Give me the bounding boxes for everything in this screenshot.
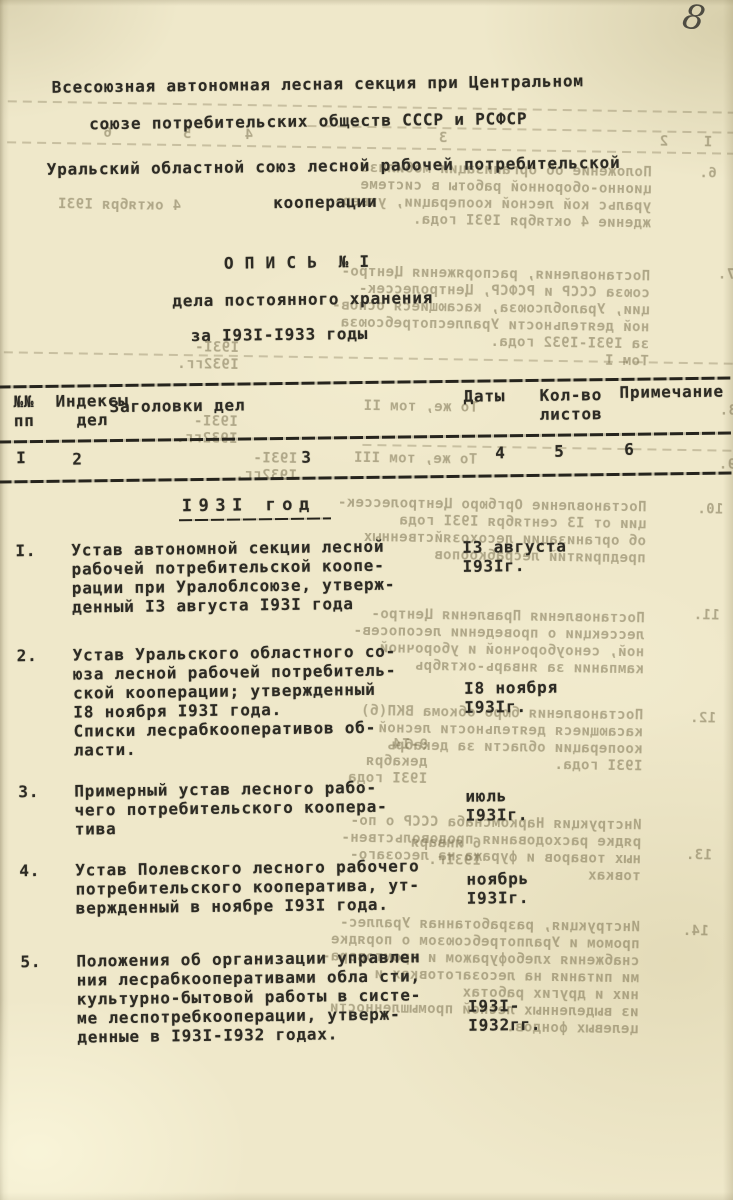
column-number-3: 3 — [301, 448, 312, 467]
table-rule-middle — [0, 432, 731, 444]
section-heading-underline — [179, 517, 331, 521]
letterhead-line-2: союзе потребительских обществ СССР и РСФ… — [89, 109, 527, 133]
row-2-number: 2. — [17, 646, 38, 665]
row-1-number: I. — [15, 541, 36, 560]
typed-content: 8 Всесоюзная автономная лесная секция пр… — [0, 0, 733, 1200]
column-header-number: №№ пп — [13, 392, 34, 430]
row-3-date: июль I93Iг. — [465, 786, 528, 825]
table-rule-bottom — [0, 472, 731, 484]
column-number-6: 6 — [624, 440, 635, 459]
column-number-5: 5 — [554, 442, 565, 461]
letterhead-line-3: Уральский областной союз лесной рабочей … — [47, 153, 621, 179]
row-4-number: 4. — [19, 861, 40, 880]
document-page: I 2 3 4 5 6 Положение об организации моб… — [0, 0, 733, 1200]
row-4-date: ноябрь I93Iг. — [466, 869, 529, 908]
row-3-heading: Примерный устав лесного рабо- чего потре… — [74, 778, 388, 839]
column-header-dates: Даты — [463, 386, 505, 406]
row-5-heading: Положения об организации управлен ния ле… — [76, 947, 421, 1046]
letterhead-line-1: Всесоюзная автономная лесная секция при … — [52, 71, 584, 96]
opis-years: за I93I-I933 годы — [191, 324, 369, 345]
row-1-heading: Устав автономной секции лесной рабочей п… — [71, 537, 395, 617]
row-1-date: I3 августа I93Iг. — [462, 537, 567, 576]
column-number-2: 2 — [72, 449, 83, 468]
letterhead-line-4: кооперации — [273, 192, 378, 212]
column-number-4: 4 — [495, 443, 506, 462]
row-5-number: 5. — [20, 952, 41, 971]
row-2-heading: Устав Уральского областного со- юза лесн… — [73, 642, 398, 760]
column-header-headings: Заголовки дел — [110, 395, 246, 416]
column-header-sheets: Кол-во листов — [539, 385, 602, 424]
column-number-1: I — [16, 448, 27, 467]
row-4-heading: Устав Полевского лесного рабочего потреб… — [75, 856, 420, 917]
handwritten-page-number: 8 — [679, 0, 708, 40]
row-5-date: I93I- I932гг. — [468, 996, 541, 1035]
column-header-note: Примечание — [619, 382, 724, 402]
row-3-number: 3. — [18, 782, 39, 801]
section-heading-1931: I93I год — [182, 496, 316, 517]
opis-title: О П И С Ь № I — [224, 252, 370, 273]
opis-subtitle: дела постоянного хранения — [172, 288, 433, 310]
row-2-date: I8 ноября I93Iг. — [464, 678, 558, 717]
